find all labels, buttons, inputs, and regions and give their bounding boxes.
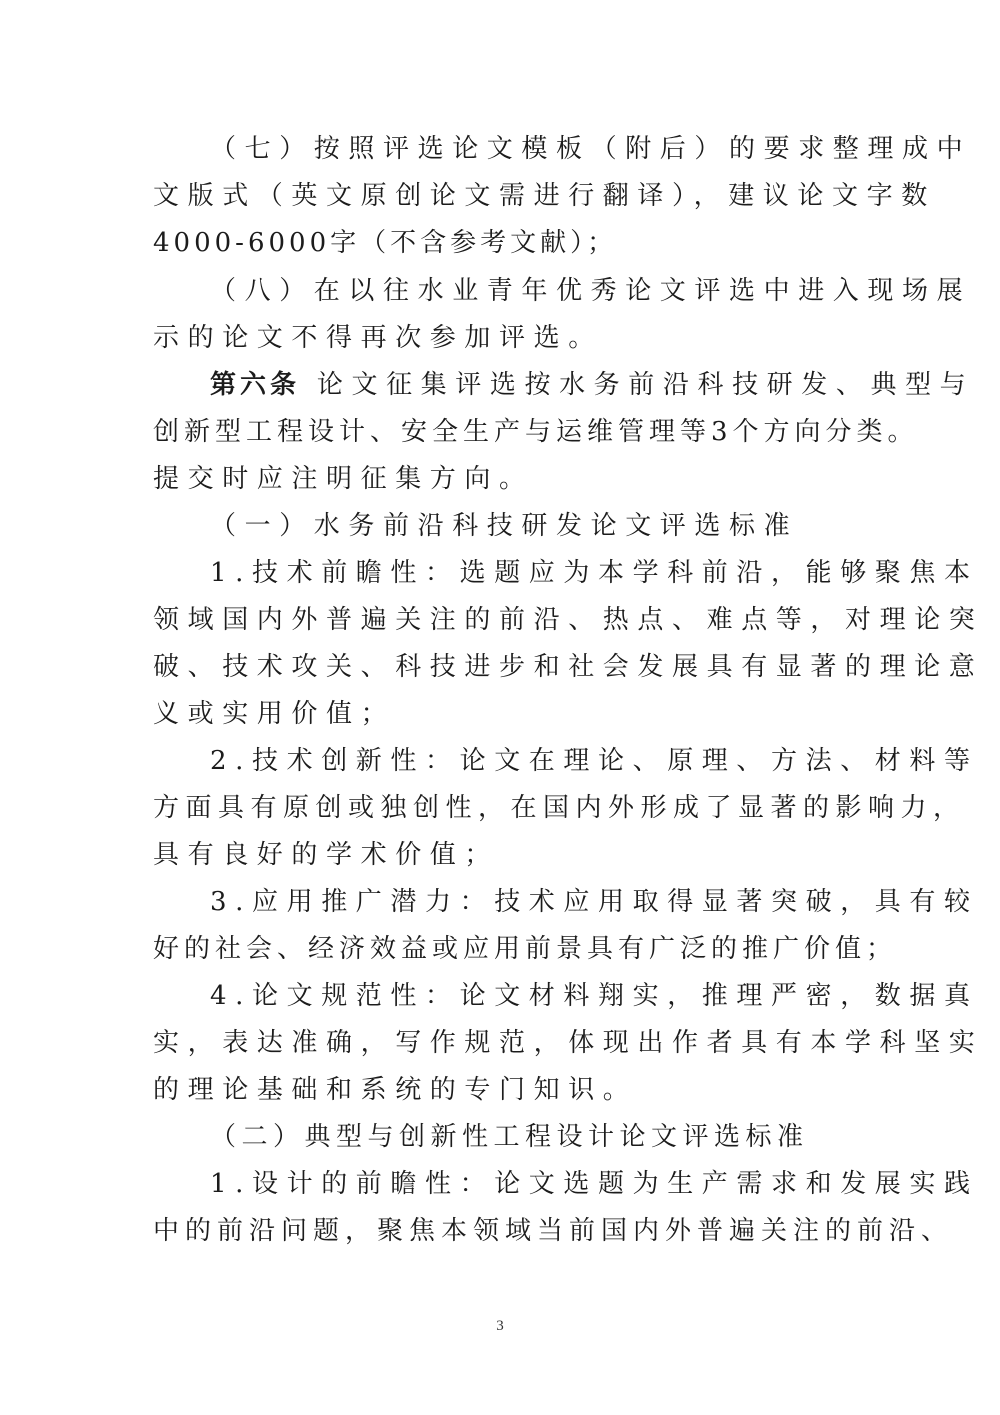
document-page: （七）按照评选论文模板（附后）的要求整理成中 文版式（英文原创论文需进行翻译），…	[0, 0, 1000, 1415]
section-1-item-1-line-3: 破、技术攻关、科技进步和社会发展具有显著的理论意	[153, 652, 853, 682]
section-2-item-1-line-2: 中的前沿问题，聚焦本领域当前国内外普遍关注的前沿、	[153, 1216, 853, 1246]
section-1-item-4-line-1: 4.论文规范性：论文材料翔实，推理严密，数据真	[210, 981, 910, 1011]
article-6-line-1: 第六条 论文征集评选按水务前沿科技研发、典型与	[210, 370, 910, 400]
section-1-item-2-line-3: 具有良好的学术价值；	[153, 840, 853, 870]
article-6-heading: 第六条	[210, 370, 300, 400]
paragraph-8-line-1: （八）在以往水业青年优秀论文评选中进入现场展	[210, 276, 910, 306]
paragraph-8-line-2: 示的论文不得再次参加评选。	[153, 323, 853, 353]
section-1-item-1-line-4: 义或实用价值；	[153, 699, 853, 729]
page-number: 3	[0, 1318, 1000, 1335]
section-1-item-1-line-1: 1.技术前瞻性：选题应为本学科前沿，能够聚焦本	[210, 558, 910, 588]
section-1-item-1-line-2: 领域国内外普遍关注的前沿、热点、难点等，对理论突	[153, 605, 853, 635]
section-1-item-4-line-3: 的理论基础和系统的专门知识。	[153, 1075, 853, 1105]
paragraph-7-line-1: （七）按照评选论文模板（附后）的要求整理成中	[210, 134, 910, 164]
paragraph-7-line-3: 4000-6000字（不含参考文献）；	[153, 228, 853, 258]
section-1-item-2-line-1: 2.技术创新性：论文在理论、原理、方法、材料等	[210, 746, 910, 776]
section-1-item-3-line-2: 好的社会、经济效益或应用前景具有广泛的推广价值；	[153, 934, 853, 964]
section-1-item-3-line-1: 3.应用推广潜力：技术应用取得显著突破，具有较	[210, 887, 910, 917]
section-1-item-2-line-2: 方面具有原创或独创性，在国内外形成了显著的影响力，	[153, 793, 853, 823]
section-2-item-1-line-1: 1.设计的前瞻性：论文选题为生产需求和发展实践	[210, 1169, 910, 1199]
section-1-item-4-line-2: 实，表达准确，写作规范，体现出作者具有本学科坚实	[153, 1028, 853, 1058]
paragraph-7-line-2: 文版式（英文原创论文需进行翻译），建议论文字数	[153, 181, 853, 211]
section-2-title: （二）典型与创新性工程设计论文评选标准	[210, 1122, 910, 1152]
article-6-text: 论文征集评选按水务前沿科技研发、典型与	[300, 370, 974, 400]
section-1-title: （一）水务前沿科技研发论文评选标准	[210, 511, 910, 541]
article-6-line-3: 提交时应注明征集方向。	[153, 464, 853, 494]
article-6-line-2: 创新型工程设计、安全生产与运维管理等3个方向分类。	[153, 417, 853, 447]
